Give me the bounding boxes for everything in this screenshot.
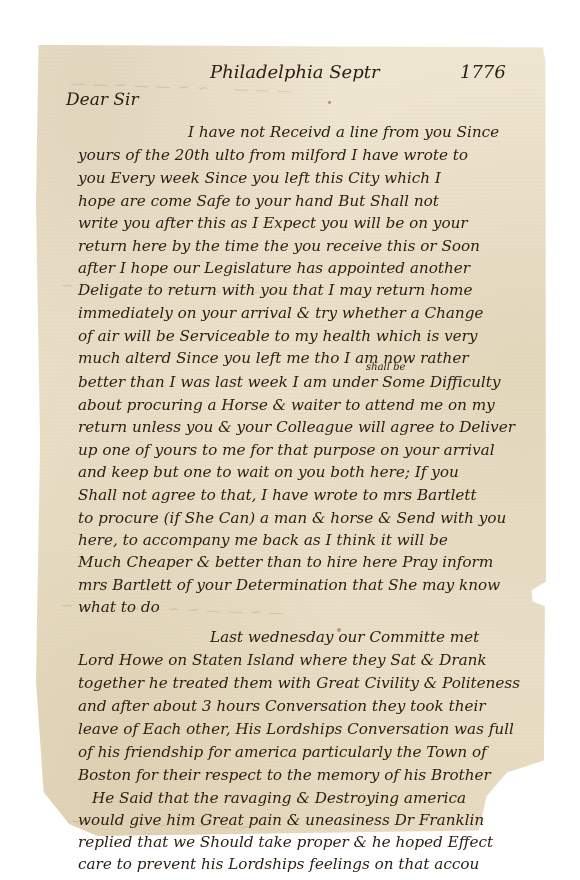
- letter-line: and after about 3 hours Conversation the…: [78, 697, 486, 715]
- letter-year: 1776: [460, 62, 506, 83]
- letter-line: together he treated them with Great Civi…: [78, 674, 520, 692]
- letter-line: mrs Bartlett of your Determination that …: [78, 576, 500, 594]
- letter-line: and keep but one to wait on you both her…: [78, 463, 459, 481]
- letter-line: up one of yours to me for that purpose o…: [78, 441, 495, 459]
- letter-line: you Every week Since you left this City …: [78, 169, 441, 187]
- letter-line: of his friendship for america particular…: [78, 743, 487, 761]
- letter-line: about procuring a Horse & waiter to atte…: [78, 396, 495, 414]
- letter-line: write you after this as I Expect you wil…: [78, 214, 468, 232]
- letter-line: would give him Great pain & uneasiness D…: [78, 811, 484, 829]
- letter-line: what to do: [78, 598, 160, 616]
- letter-line: Much Cheaper & better than to hire here …: [78, 553, 493, 571]
- interlinear-insertion: shall be: [366, 362, 405, 373]
- ink-spot: [328, 101, 331, 104]
- letter-line: to procure (if She Can) a man & horse & …: [78, 509, 506, 527]
- letter-line: return unless you & your Colleague will …: [78, 418, 515, 436]
- letter-line: leave of Each other, His Lordships Conve…: [78, 720, 514, 738]
- letter-line: He Said that the ravaging & Destroying a…: [92, 789, 466, 807]
- letter-line: Deligate to return with you that I may r…: [78, 281, 472, 299]
- letter-line: much alterd Since you left me tho I am n…: [78, 349, 469, 367]
- letter-line: care to prevent his Lordships feelings o…: [78, 855, 479, 873]
- letter-line: immediately on your arrival & try whethe…: [78, 304, 483, 322]
- letter-line: Boston for their respect to the memory o…: [78, 766, 491, 784]
- letter-line: of air will be Serviceable to my health …: [78, 327, 477, 345]
- letter-line: Lord Howe on Staten Island where they Sa…: [78, 651, 487, 669]
- letter-line: Shall not agree to that, I have wrote to…: [78, 486, 477, 504]
- letter-line: yours of the 20th ulto from milford I ha…: [78, 146, 468, 164]
- letter-line: here, to accompany me back as I think it…: [78, 531, 448, 549]
- letter-line: hope are come Safe to your hand But Shal…: [78, 192, 439, 210]
- letter-line: after I hope our Legislature has appoint…: [78, 259, 470, 277]
- letter-line: return here by the time the you receive …: [78, 237, 480, 255]
- letter-line: replied that we Should take proper & he …: [78, 833, 493, 851]
- letter-line: I have not Receivd a line from you Since: [188, 123, 499, 141]
- letter-line: better than I was last week I am under S…: [78, 373, 500, 391]
- letter-line: Last wednesday our Committe met: [210, 628, 479, 646]
- letter-place-date: Philadelphia Septr: [210, 62, 380, 83]
- letter-salutation: Dear Sir: [66, 90, 139, 110]
